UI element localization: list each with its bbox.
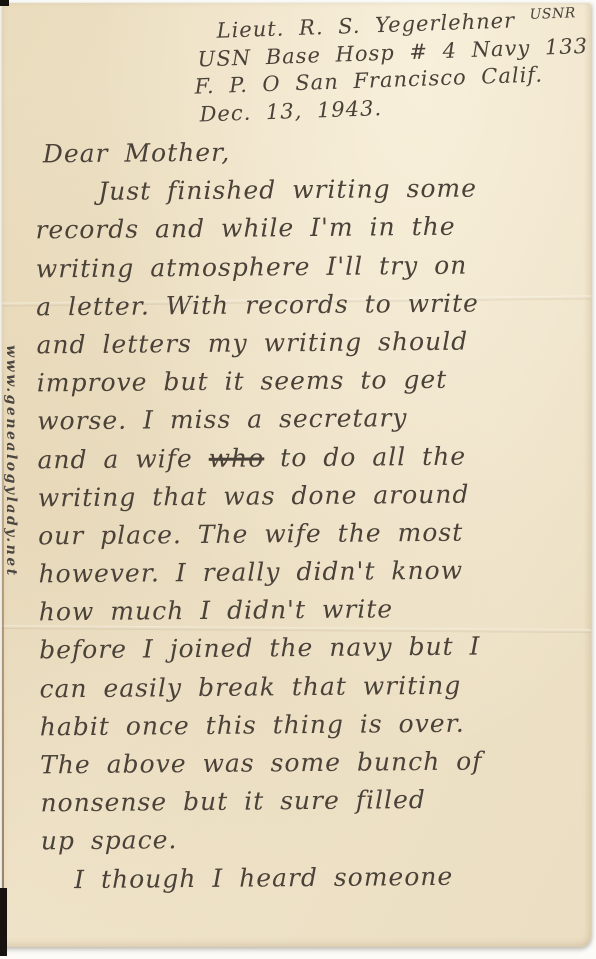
- handwritten-line: up space.: [41, 818, 591, 861]
- struck-word: who: [209, 443, 265, 472]
- line-text: Just finished writing some: [98, 174, 477, 206]
- handwritten-line: I though I heard someone: [41, 856, 591, 899]
- handwritten-line: our place. The wife the most: [38, 512, 588, 555]
- handwritten-line: The above was some bunch of: [40, 742, 590, 785]
- handwritten-line: habit once this thing is over.: [40, 703, 590, 746]
- letter-header: Lieut. R. S. Yegerlehner USNRUSN Base Ho…: [0, 0, 596, 135]
- scan-artifact-bottom-left: [0, 888, 7, 956]
- line-text: writing atmosphere I'll try on: [36, 250, 468, 283]
- line-text: habit once this thing is over.: [40, 708, 465, 741]
- line-text: however. I really didn't know: [38, 556, 463, 589]
- scanned-letter-page: www.genealogylady.net Lieut. R. S. Yeger…: [0, 0, 596, 959]
- handwritten-line: and letters my writing should: [36, 322, 586, 365]
- line-text: up space.: [41, 826, 178, 856]
- line-text: can easily break that writing: [39, 670, 461, 703]
- line-text: and a wife: [37, 443, 208, 473]
- line-text: nonsense but it sure filled: [40, 785, 426, 817]
- line-text: our place. The wife the most: [38, 518, 463, 551]
- line-text: I though I heard someone: [74, 861, 453, 893]
- handwritten-line: improve but it seems to get: [37, 360, 587, 403]
- handwritten-line: however. I really didn't know: [38, 551, 588, 594]
- salutation: Dear Mother,: [35, 131, 585, 174]
- scan-artifact-top-left: [0, 0, 9, 6]
- handwritten-line: writing atmosphere I'll try on: [36, 245, 586, 288]
- handwritten-line: worse. I miss a secretary: [37, 398, 587, 441]
- letter-body-lines: Just finished writing somerecords and wh…: [35, 169, 591, 899]
- line-text: USNR: [529, 5, 576, 23]
- paper-edge-line: [2, 362, 4, 890]
- line-text: The above was some bunch of: [40, 747, 483, 780]
- line-text: a letter. With records to write: [36, 288, 479, 321]
- handwritten-line: a letter. With records to write: [36, 283, 586, 326]
- line-text: to do all the: [264, 441, 466, 472]
- handwritten-line: Just finished writing some: [35, 169, 585, 212]
- watermark-url: www.genealogylady.net: [3, 345, 19, 578]
- handwritten-line: can easily break that writing: [39, 665, 589, 708]
- line-text: worse. I miss a secretary: [37, 403, 408, 435]
- line-text: and letters my writing should: [36, 327, 468, 360]
- handwritten-line: nonsense but it sure filled: [40, 780, 590, 823]
- line-text: writing that was done around: [38, 479, 470, 512]
- handwritten-line: how much I didn't write: [39, 589, 589, 632]
- handwritten-line: writing that was done around: [38, 474, 588, 517]
- line-text: before I joined the navy but I: [39, 632, 481, 665]
- line-text: improve but it seems to get: [37, 365, 448, 398]
- line-text: how much I didn't write: [39, 595, 394, 627]
- handwritten-line: records and while I'm in the: [35, 207, 585, 250]
- letter-body: Dear Mother, Just finished writing somer…: [35, 131, 592, 900]
- handwritten-line: before I joined the navy but I: [39, 627, 589, 670]
- line-text: records and while I'm in the: [35, 212, 455, 245]
- handwritten-line: and a wife who to do all the: [37, 436, 587, 479]
- line-text: Dec. 13, 1943.: [199, 96, 382, 126]
